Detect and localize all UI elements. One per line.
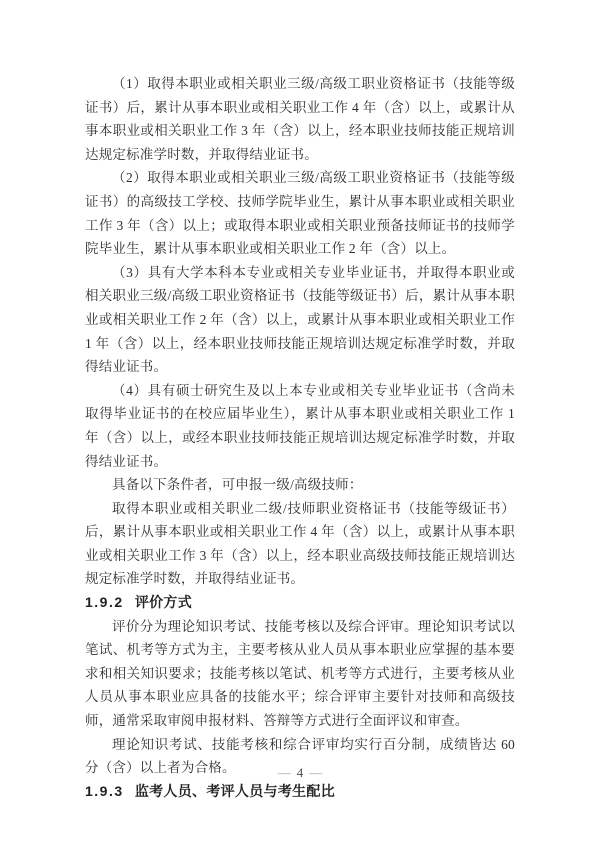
paragraph-condition-4: （4）具有硕士研究生及以上本专业或相关专业毕业证书（含尚未取得毕业证书的在校应届… (85, 379, 515, 473)
page-number-dash-right: — (309, 765, 322, 780)
paragraph-evaluation-method: 评价分为理论知识考试、技能考核以及综合评审。理论知识考试以笔试、机考等方式为主，… (85, 615, 515, 733)
section-title: 监考人员、考评人员与考生配比 (135, 783, 335, 799)
paragraph-senior-technician-condition: 取得本职业或相关职业二级/技师职业资格证书（技能等级证书）后，累计从事本职业或相… (85, 497, 515, 591)
paragraph-condition-1: （1）取得本职业或相关职业三级/高级工职业资格证书（技能等级证书）后，累计从事本… (85, 72, 515, 166)
page-number-dash-left: — (278, 765, 291, 780)
page-number: 4 (297, 765, 304, 780)
paragraph-condition-3: （3）具有大学本科本专业或相关专业毕业证书，并取得本职业或相关职业三级/高级工职… (85, 261, 515, 379)
page-footer: —4— (0, 764, 600, 782)
section-heading-1-9-3: 1.9.3监考人员、考评人员与考生配比 (85, 780, 515, 804)
paragraph-condition-2: （2）取得本职业或相关职业三级/高级工职业资格证书（技能等级证书）的高级技工学校… (85, 166, 515, 260)
section-title: 评价方式 (135, 594, 192, 610)
document-body: （1）取得本职业或相关职业三级/高级工职业资格证书（技能等级证书）后，累计从事本… (85, 72, 515, 803)
section-number: 1.9.3 (85, 783, 124, 799)
section-heading-1-9-2: 1.9.2评价方式 (85, 591, 515, 615)
paragraph-senior-technician-intro: 具备以下条件者，可申报一级/高级技师： (85, 473, 515, 497)
section-number: 1.9.2 (85, 594, 124, 610)
document-page: （1）取得本职业或相关职业三级/高级工职业资格证书（技能等级证书）后，累计从事本… (0, 0, 600, 848)
